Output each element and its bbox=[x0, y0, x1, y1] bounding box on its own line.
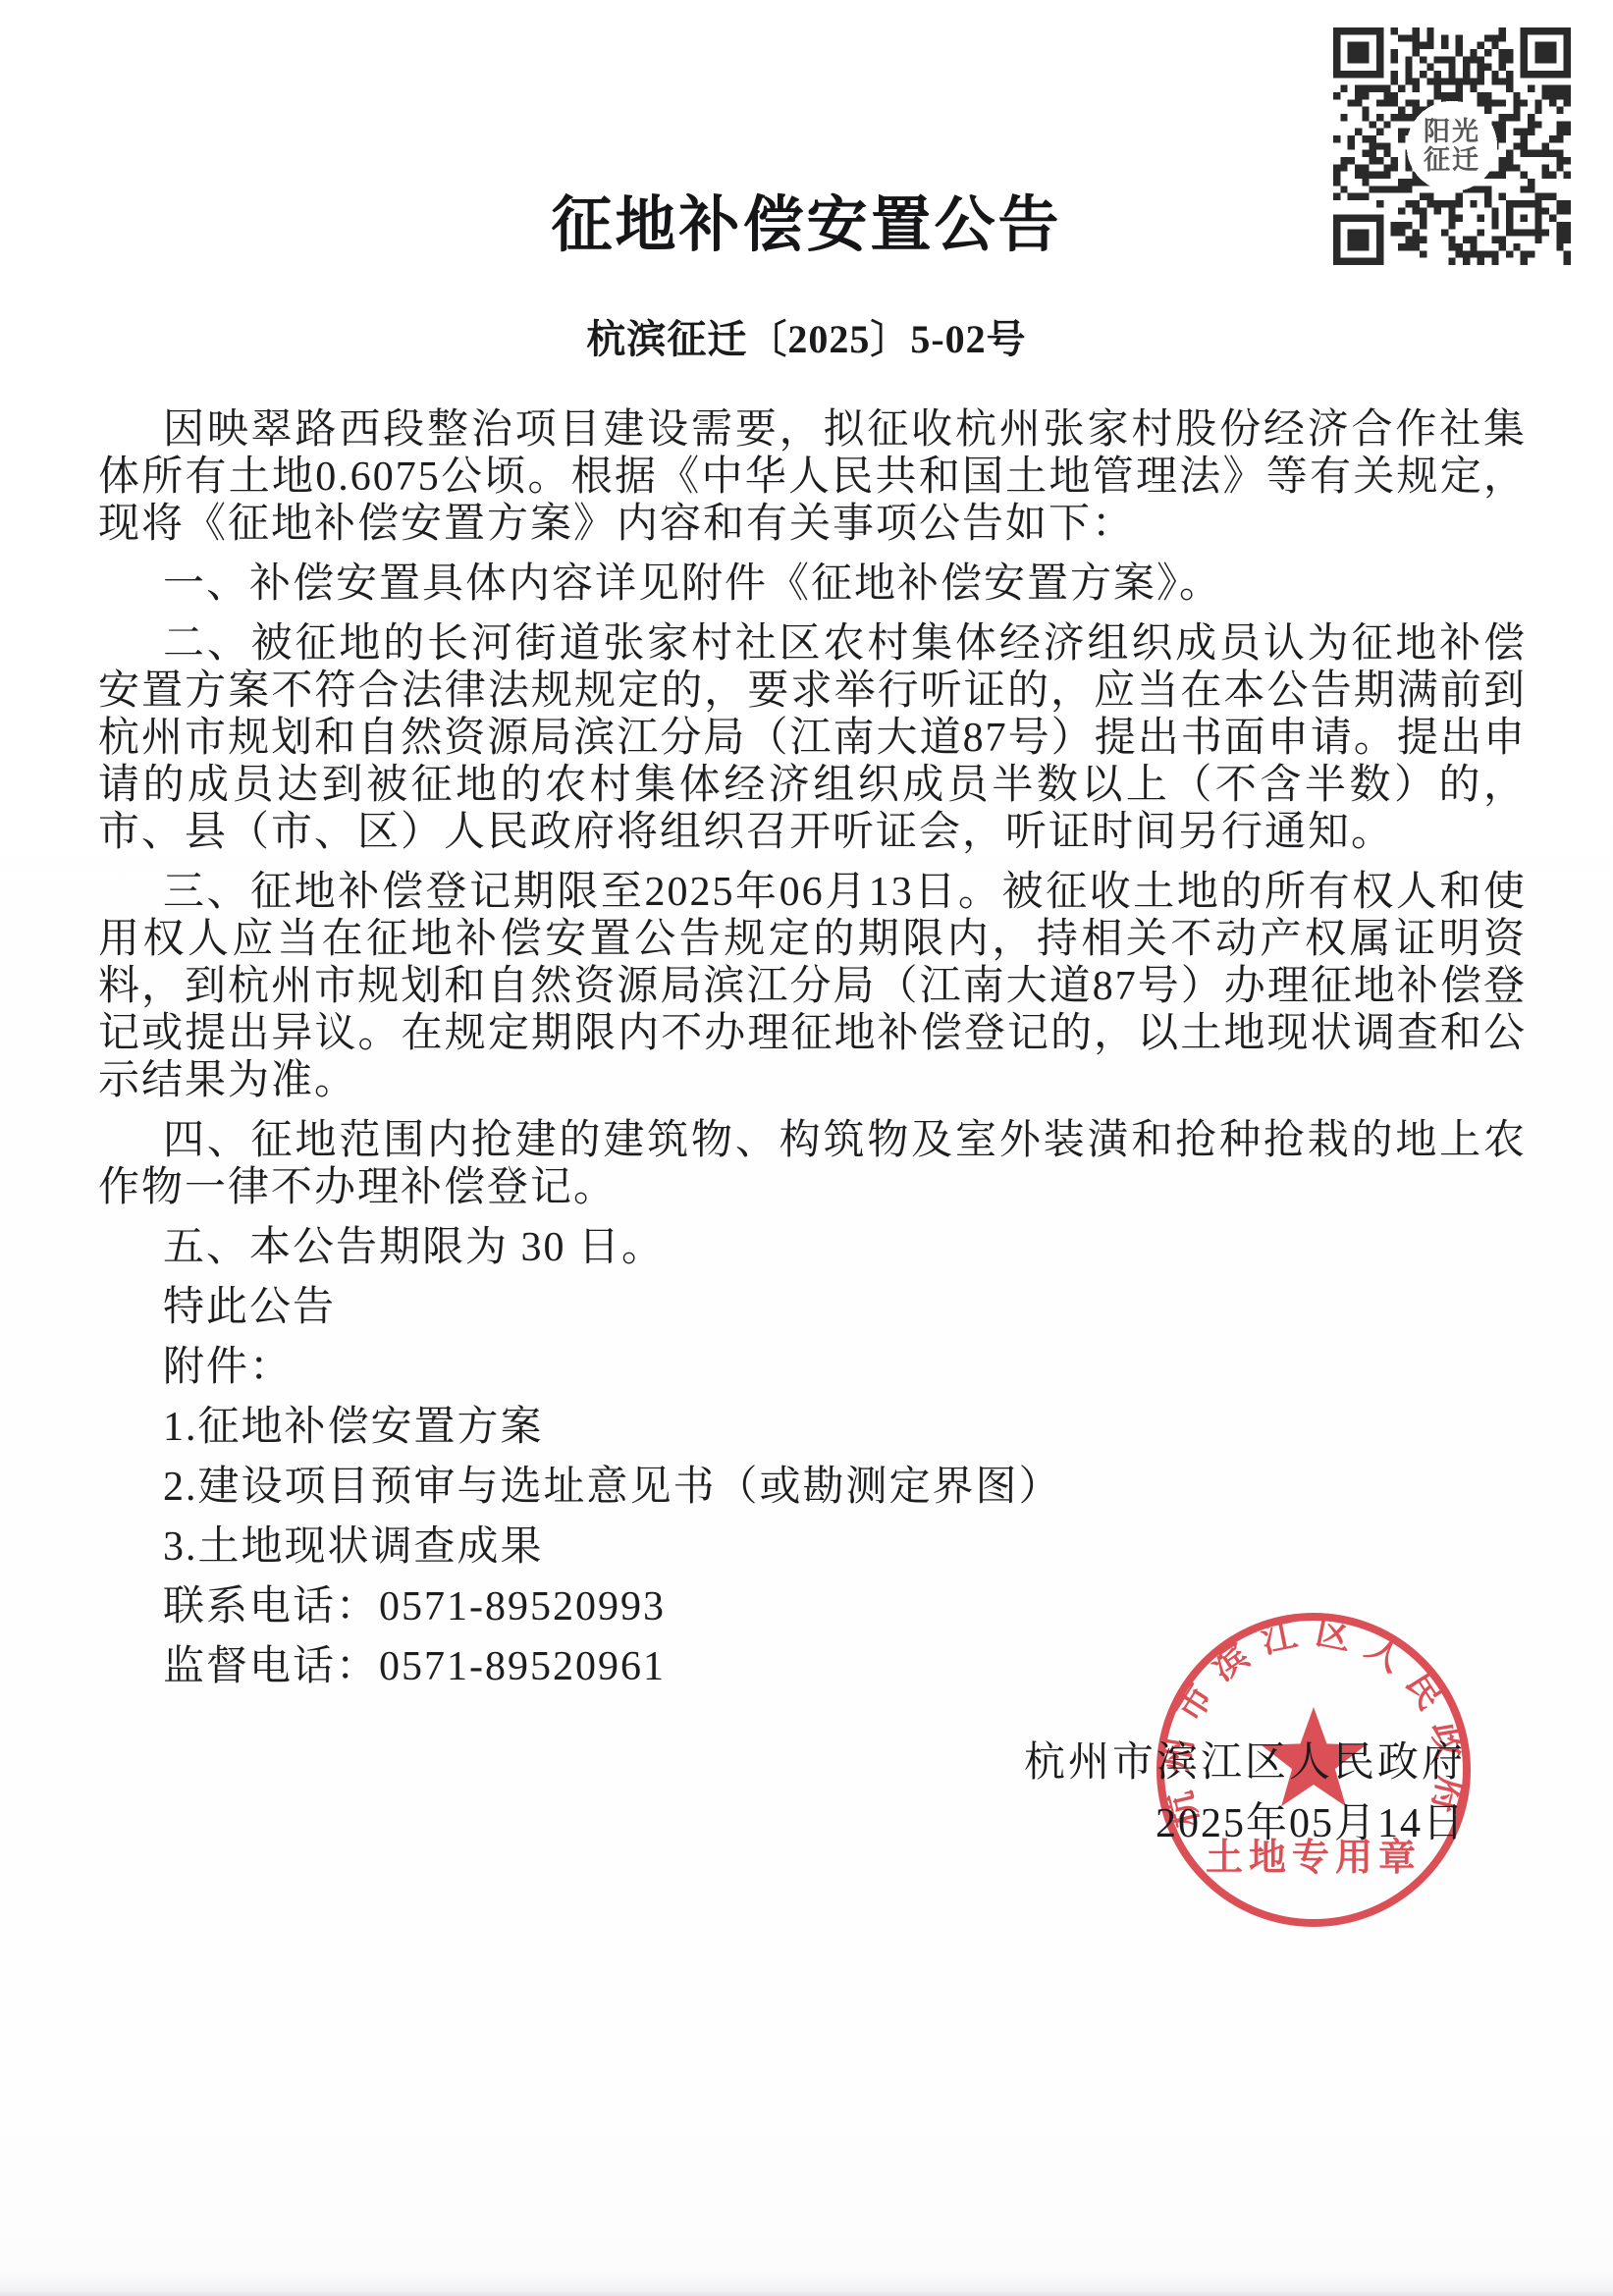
para-closing: 特此公告 bbox=[98, 1284, 1527, 1331]
document-page: 阳光 征迁 征地补偿安置公告 杭滨征迁〔2025〕5-02号 因映翠路西段整治项… bbox=[0, 0, 1613, 2296]
qr-label-bottom: 征迁 bbox=[1424, 146, 1480, 175]
document-number: 杭滨征迁〔2025〕5-02号 bbox=[0, 314, 1613, 365]
signature-agency: 杭州市滨江区人民政府 bbox=[0, 1739, 1466, 1787]
qr-center-label: 阳光 征迁 bbox=[1424, 118, 1480, 175]
para-item-3: 三、征地补偿登记期限至2025年06月13日。被征收土地的所有权人和使用权人应当… bbox=[98, 869, 1527, 1104]
supervision-phone: 监督电话：0571-89520961 bbox=[98, 1643, 1527, 1690]
attachment-2: 2.建设项目预审与选址意见书（或勘测定界图） bbox=[98, 1464, 1527, 1511]
signature-date: 2025年05月14日 bbox=[0, 1800, 1466, 1847]
attachment-1: 1.征地补偿安置方案 bbox=[98, 1404, 1527, 1451]
signature-block: 杭州市滨江区人民政府 2025年05月14日 bbox=[0, 1739, 1466, 1847]
para-item-1: 一、补偿安置具体内容详见附件《征地补偿安置方案》。 bbox=[98, 561, 1527, 608]
attachments-label: 附件： bbox=[98, 1344, 1527, 1391]
para-item-2: 二、被征地的长河街道张家村社区农村集体经济组织成员认为征地补偿安置方案不符合法律… bbox=[98, 620, 1527, 856]
para-intro: 因映翠路西段整治项目建设需要，拟征收杭州张家村股份经济合作社集体所有土地0.60… bbox=[98, 406, 1527, 548]
scan-noise-strip bbox=[0, 2270, 1613, 2296]
attachment-3: 3.土地现状调查成果 bbox=[98, 1523, 1527, 1571]
qr-code: 阳光 征迁 bbox=[1333, 27, 1571, 265]
para-item-5: 五、本公告期限为 30 日。 bbox=[98, 1224, 1527, 1271]
qr-label-top: 阳光 bbox=[1424, 118, 1480, 146]
para-item-4: 四、征地范围内抢建的建筑物、构筑物及室外装潢和抢种抢栽的地上农作物一律不办理补偿… bbox=[98, 1117, 1527, 1211]
contact-phone: 联系电话：0571-89520993 bbox=[98, 1583, 1527, 1630]
document-body: 因映翠路西段整治项目建设需要，拟征收杭州张家村股份经济合作社集体所有土地0.60… bbox=[98, 406, 1527, 1690]
